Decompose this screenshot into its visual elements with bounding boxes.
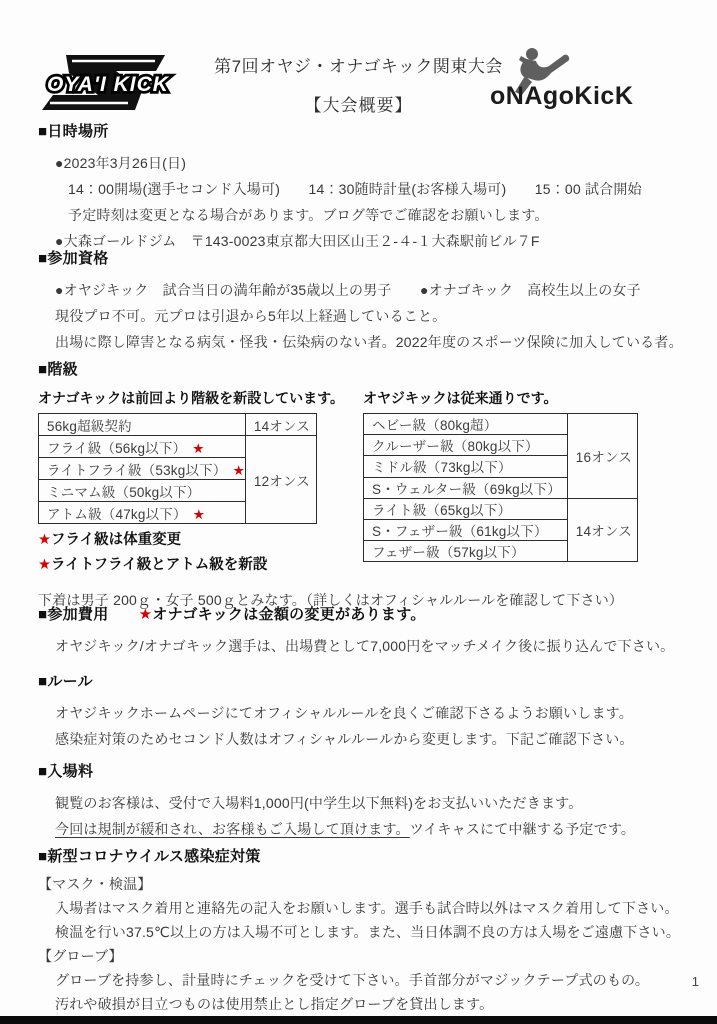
venue-date: ●2023年3月26日(日) (55, 150, 693, 176)
section-admission: ■入場料 観覧のお客様は、受付で入場料1,000円(中学生以下無料)をお支払いい… (38, 760, 693, 842)
section-fee: ■参加費用★オナゴキックは金額の変更があります。 オヤジキック/オナゴキック選手… (38, 603, 693, 659)
venue-schedule: 14：00開場(選手セコンド入場可) 14：30随時計量(お客様入場可) 15：… (68, 176, 693, 202)
table-row: 56kg超級契約 14オンス (39, 414, 317, 436)
rules-heading: ■ルール (38, 670, 693, 691)
oyaji-divisions-table: ヘビー級（80kg超） 16オンス クルーザー級（80kg以下） ミドル級（73… (363, 413, 638, 562)
onago-divisions-table: 56kg超級契約 14オンス フライ級（56kg以下）★ 12オンス ライトフラ… (38, 413, 317, 524)
division-label: ライトフライ級（53kg以下） (47, 463, 227, 478)
photo-bottom-edge (0, 1016, 717, 1024)
new-division-star: ★ (193, 507, 205, 522)
eligibility-heading: ■参加資格 (38, 247, 693, 268)
logo-right-text: oNAgoKicK (490, 82, 633, 110)
oyaji-table-caption: オヤジキックは従来通りです。 (363, 388, 638, 408)
page-number: 1 (692, 974, 699, 989)
venue-schedule-note: 予定時刻は変更となる場合があります。ブログ等でご確認をお願いします。 (68, 202, 693, 228)
covid-mask-subheading: 【マスク・検温】 (38, 872, 693, 896)
covid-glove-line2: 汚れや破損が目立つものは使用禁止とし指定グローブを貸出します。 (55, 992, 693, 1016)
glove-size-cell: 14オンス (245, 414, 316, 436)
admission-relaxed-rule: 今回は規制が緩和され、お客様もご入場して頂けます。ツイキャスにて中継する予定です… (55, 816, 693, 842)
division-label: ヘビー級（80kg超） (364, 414, 568, 435)
division-label: クルーザー級（80kg以下） (364, 435, 568, 456)
covid-glove-subheading: 【グローブ】 (38, 944, 693, 968)
admission-heading: ■入場料 (38, 760, 693, 781)
admission-price: 観覧のお客様は、受付で入場料1,000円(中学生以下無料)をお支払いいただきます… (55, 790, 693, 816)
section-divisions: ■階級 オナゴキックは前回より階級を新設しています。 56kg超級契約 14オン… (38, 358, 693, 613)
glove-size-cell: 12オンス (245, 436, 316, 524)
division-label: 56kg超級契約 (47, 419, 132, 434)
logo-left-text: OYA'I KICK (47, 73, 170, 96)
lightning-z-icon: OYA'I KICK OYA'I KICK (34, 50, 184, 116)
covid-mask-line1: 入場者はマスク着用と連絡先の記入をお願いします。選手も試合時以外はマスク着用して… (55, 896, 693, 920)
star-icon: ★ (38, 532, 51, 548)
glove-size-cell: 16オンス (567, 414, 637, 499)
covid-mask-line2: 検温を行い37.5℃以上の方は入場不可とします。また、当日体調不良の方は入場をご… (55, 920, 693, 944)
covid-heading: ■新型コロナウイルス感染症対策 (38, 845, 693, 866)
glove-size-cell: 14オンス (567, 498, 637, 562)
eligibility-categories: ●オヤジキック 試合当日の満年齢が35歳以上の男子 ●オナゴキック 高校生以上の… (55, 277, 693, 303)
eligibility-pro-rule: 現役プロ不可。元プロは引退から5年以上経過していること。 (55, 303, 693, 329)
onago-kick-logo: oNAgoKicK (488, 42, 648, 116)
division-label: S・ウェルター級（69kg以下） (364, 477, 568, 498)
division-label: ミニマム級（50kg以下） (47, 485, 200, 500)
division-label: S・フェザー級（61kg以下） (364, 519, 568, 540)
table-row: ヘビー級（80kg超） 16オンス (364, 414, 638, 435)
division-label: アトム級（47kg以下） (47, 507, 187, 522)
fee-detail: オヤジキック/オナゴキック選手は、出場費として7,000円をマッチメイク後に振り… (55, 633, 693, 659)
oyaji-divisions-column: オヤジキックは従来通りです。 ヘビー級（80kg超） 16オンス クルーザー級（… (363, 388, 638, 562)
weight-change-note: ★フライ級は体重変更 (38, 528, 363, 553)
division-label: ミドル級（73kg以下） (364, 456, 568, 477)
table-row: ライト級（65kg以下） 14オンス (364, 498, 638, 519)
star-icon: ★ (38, 557, 51, 573)
kicking-figure-icon: oNAgoKicK (488, 42, 648, 116)
fee-change-note: オナゴキックは金額の変更があります。 (152, 606, 425, 623)
new-division-star: ★ (192, 441, 204, 456)
fee-heading-row: ■参加費用★オナゴキックは金額の変更があります。 (38, 603, 693, 624)
division-label: フライ級（56kg以下） (47, 441, 186, 456)
fee-heading: ■参加費用 (38, 606, 109, 623)
onago-divisions-column: オナゴキックは前回より階級を新設しています。 56kg超級契約 14オンス フラ… (38, 388, 363, 578)
section-eligibility: ■参加資格 ●オヤジキック 試合当日の満年齢が35歳以上の男子 ●オナゴキック … (38, 247, 693, 355)
star-icon: ★ (139, 606, 153, 623)
rules-line1: オヤジキックホームページにてオフィシャルルールを良くご確認下さるようお願いします… (55, 700, 693, 726)
section-rules: ■ルール オヤジキックホームページにてオフィシャルルールを良くご確認下さるようお… (38, 670, 693, 752)
section-covid: ■新型コロナウイルス感染症対策 【マスク・検温】 入場者はマスク着用と連絡先の記… (38, 845, 693, 1016)
onago-table-caption: オナゴキックは前回より階級を新設しています。 (38, 388, 363, 408)
division-label: ライト級（65kg以下） (364, 498, 568, 519)
venue-heading: ■日時場所 (38, 120, 693, 141)
new-division-star: ★ (233, 463, 245, 478)
section-venue: ■日時場所 ●2023年3月26日(日) 14：00開場(選手セコンド入場可) … (38, 120, 693, 254)
new-divisions-note: ★ライトフライ級とアトム級を新設 (38, 553, 363, 578)
table-row: フライ級（56kg以下）★ 12オンス (39, 436, 317, 458)
eligibility-health-rule: 出場に際し障害となる病気・怪我・伝染病のない者。2022年度のスポーツ保険に加入… (55, 329, 693, 355)
division-label: フェザー級（57kg以下） (364, 541, 568, 562)
divisions-heading: ■階級 (38, 358, 693, 379)
document-page: OYA'I KICK OYA'I KICK 第7回オヤジ・オナゴキック関東大会 … (0, 0, 717, 1024)
rules-line2: 感染症対策のためセコンド人数はオフィシャルルールから変更します。下記ご確認下さい… (55, 726, 693, 752)
oyaji-kick-logo: OYA'I KICK OYA'I KICK (34, 50, 184, 116)
covid-glove-line1: グローブを持参し、計量時にチェックを受けて下さい。手首部分がマジックテープ式のも… (55, 968, 693, 992)
